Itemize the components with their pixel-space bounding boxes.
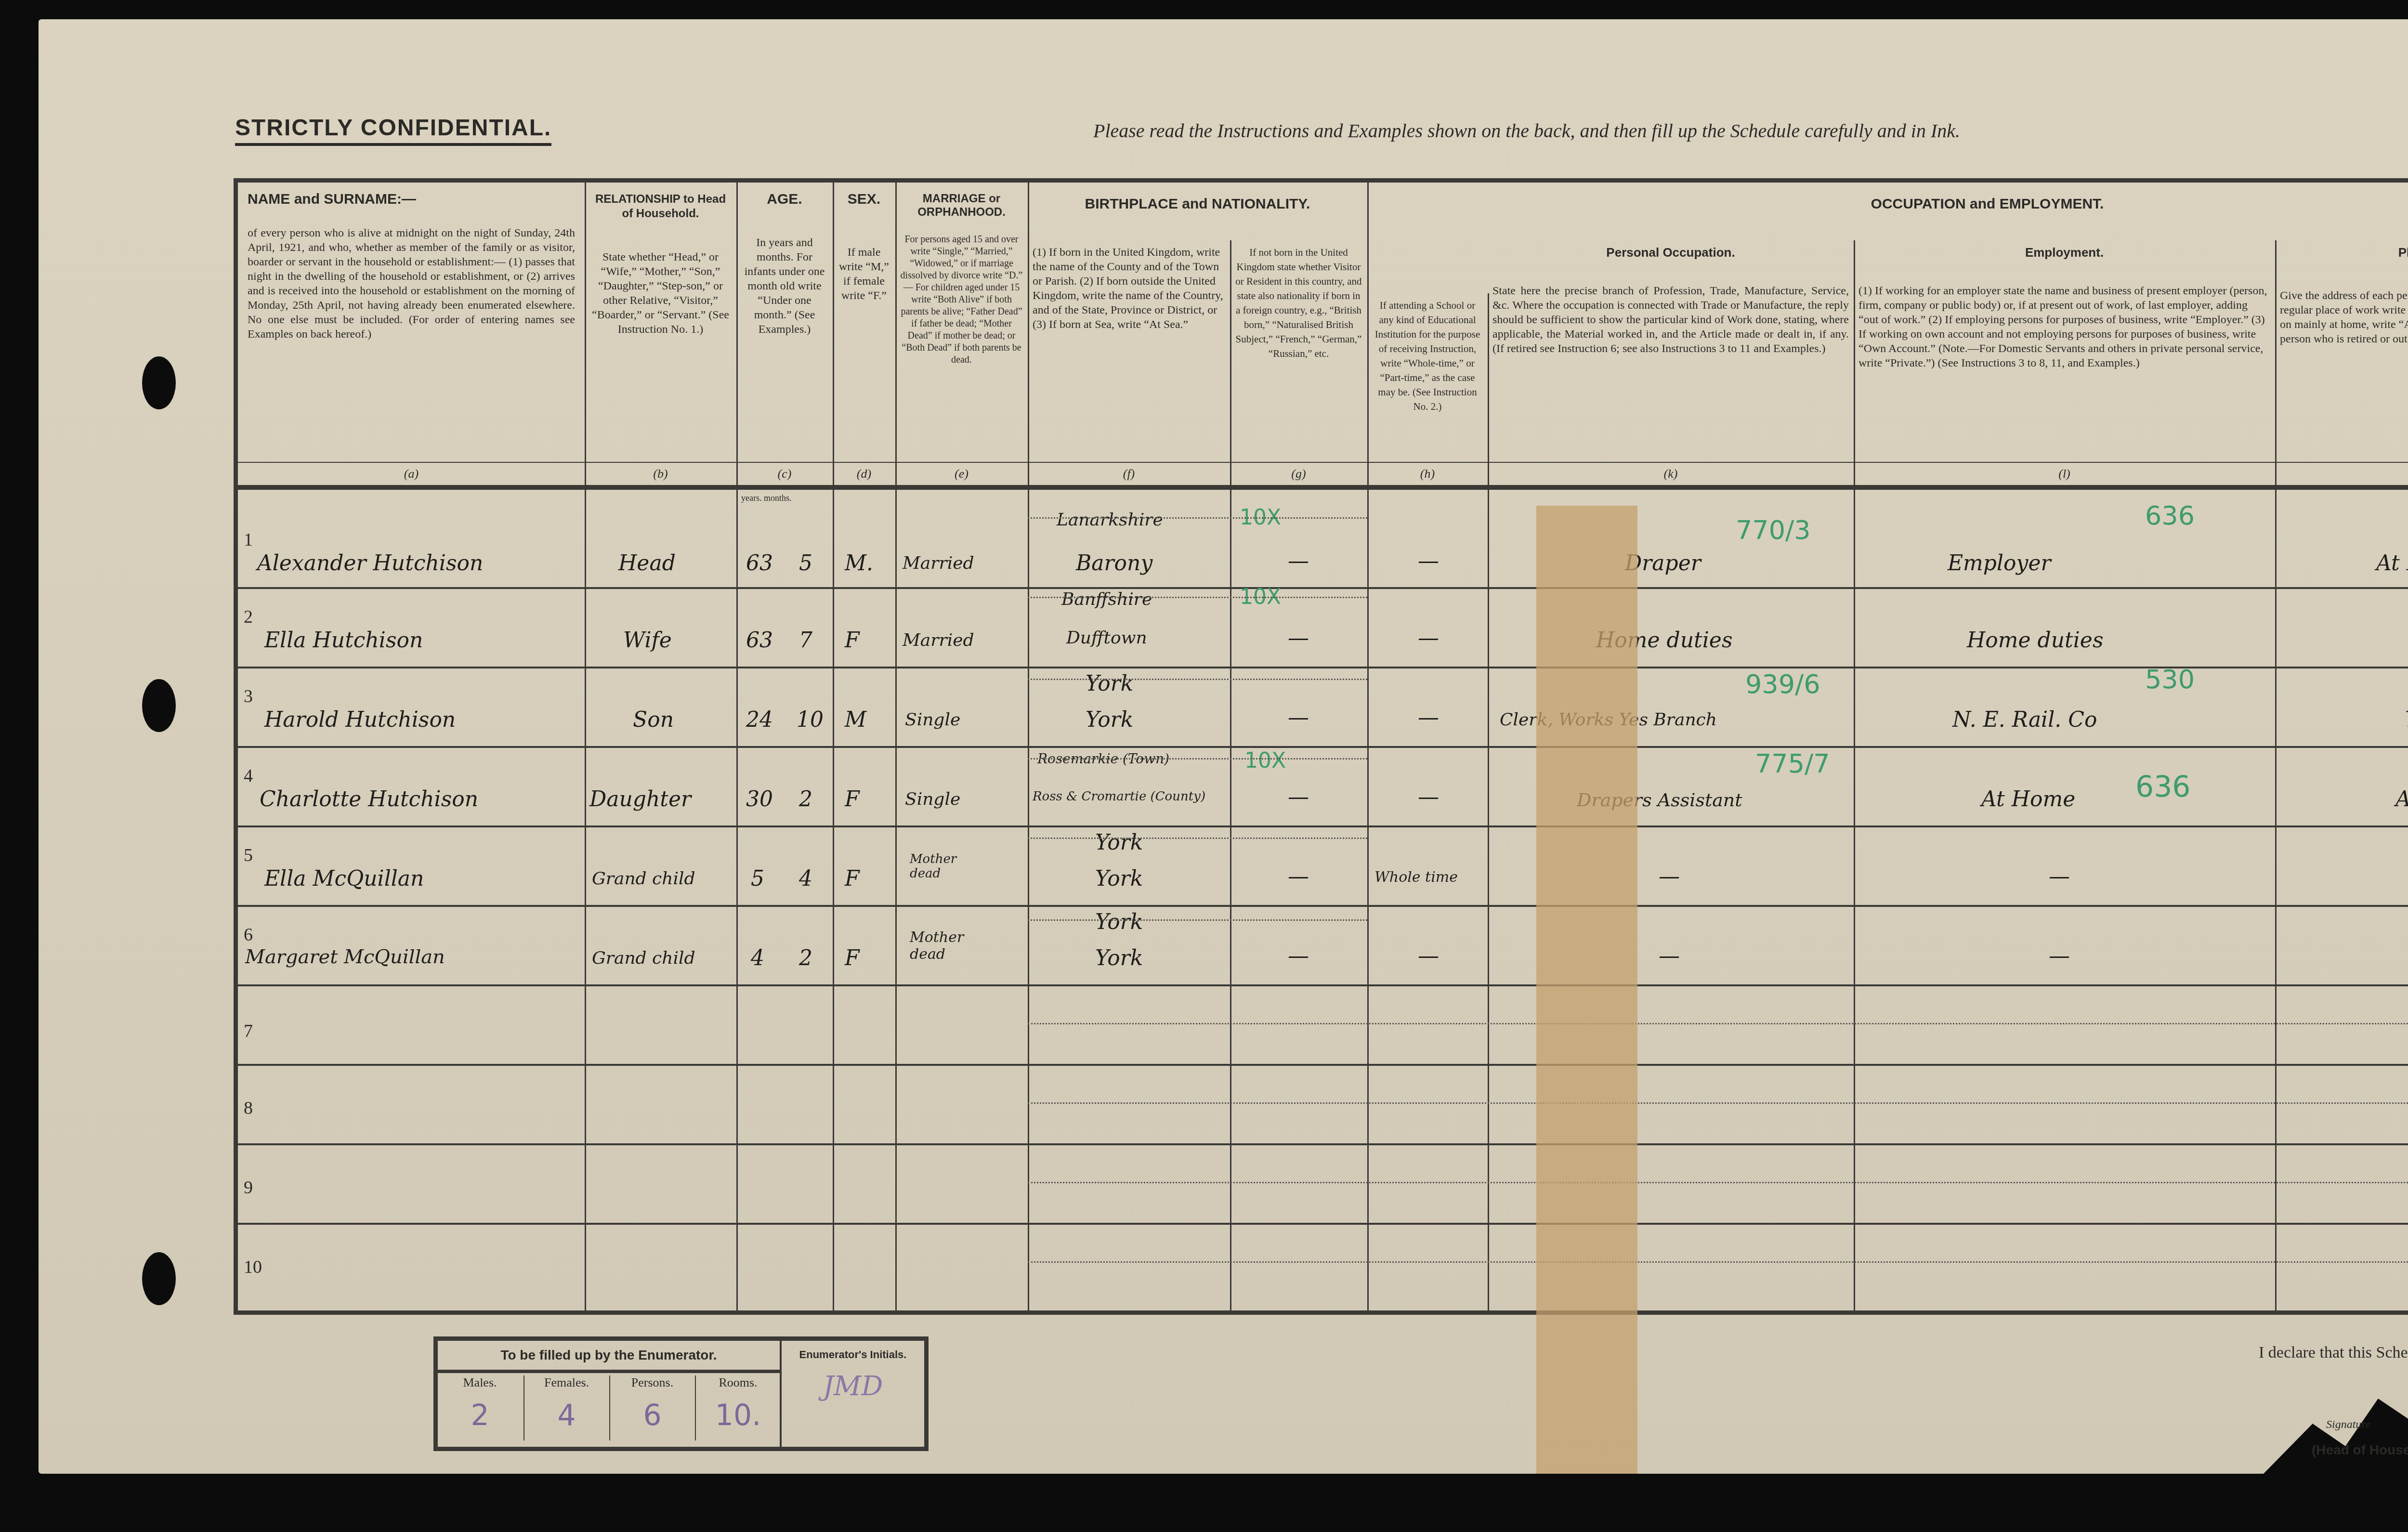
- punch-hole: [142, 679, 176, 732]
- dotted-rule: [1028, 919, 1367, 921]
- dotted-rule: [1028, 1182, 2408, 1183]
- relationship: Son: [633, 707, 674, 732]
- marriage: Mother dead: [910, 852, 968, 881]
- place-of-work: At Home.: [2395, 787, 2408, 812]
- header-name: NAME and SURNAME:— of every person who i…: [243, 192, 580, 341]
- marriage: Single: [905, 789, 960, 809]
- header-birthplace: BIRTHPLACE and NATIONALITY.: [1028, 197, 1367, 211]
- row-line: [238, 825, 2408, 827]
- dotted-rule: [1028, 679, 1367, 680]
- age-years: 24: [746, 707, 773, 732]
- sex: F: [845, 628, 860, 653]
- row-line: [238, 1223, 2408, 1225]
- birth-county: Banffshire: [1061, 589, 1152, 609]
- header-separator: [238, 485, 2408, 490]
- row-line: [238, 667, 2408, 668]
- marriage: Married: [903, 553, 974, 573]
- birth-town: Barony: [1076, 551, 1152, 576]
- person-name: Harold Hutchison: [264, 707, 456, 732]
- age-years: 63: [746, 551, 773, 576]
- relationship: Grand child: [592, 948, 695, 968]
- marriage: Mother dead: [910, 929, 968, 963]
- age-months: 2: [799, 946, 812, 970]
- header-age: AGE. In years and months. For infants un…: [736, 192, 833, 337]
- dotted-rule: [1028, 1023, 2408, 1024]
- letter-d: (d): [833, 467, 895, 481]
- letter-b: (b): [585, 467, 736, 481]
- place-of-work: York: [2405, 707, 2408, 732]
- letter-m: (m): [2275, 467, 2408, 481]
- occupation-code: 939/6: [1745, 669, 1820, 699]
- education: —: [1418, 785, 1439, 809]
- header-place-of-work: Place of Work. Give the address of each …: [2275, 245, 2408, 346]
- letter-l: (l): [1854, 467, 2275, 481]
- employment-code: 636: [2145, 500, 2195, 531]
- sex: F: [845, 946, 860, 970]
- header-sex: SEX. If male write “M,” if female write …: [833, 192, 895, 303]
- occupation: —: [1659, 864, 1680, 889]
- row-line: [238, 905, 2408, 907]
- sex: M: [845, 707, 866, 732]
- age-months: 2: [799, 787, 812, 812]
- employment: At Home: [1981, 787, 2075, 812]
- signature-label: Signature: [2326, 1418, 2370, 1431]
- employment-code: 636: [2135, 770, 2191, 804]
- person-name: Alexander Hutchison: [257, 551, 483, 576]
- relationship: Grand child: [592, 869, 695, 889]
- punch-hole: [142, 1252, 176, 1305]
- letter-f: (f): [1028, 467, 1230, 481]
- declaration-text: I declare that this Schedule is correctl…: [2259, 1344, 2408, 1362]
- employment-code: 530: [2145, 664, 2195, 694]
- person-name: Ella McQuillan: [264, 866, 424, 891]
- dotted-rule: [1028, 1261, 2408, 1263]
- letter-h: (h): [1367, 467, 1488, 481]
- persons-cell: Persons.6: [609, 1375, 694, 1440]
- birth-county: York: [1095, 830, 1143, 855]
- nationality: —: [1288, 864, 1309, 889]
- occupation-code: 775/7: [1755, 748, 1830, 779]
- nationality: —: [1288, 549, 1309, 573]
- col-divider: [1230, 240, 1231, 1310]
- summary-heading: To be filled up by the Enumerator.: [438, 1341, 780, 1373]
- letter-c: (c): [736, 467, 833, 481]
- person-name: Margaret McQuillan: [245, 946, 445, 968]
- punch-hole: [142, 356, 176, 409]
- age-years: 4: [751, 946, 764, 970]
- birth-county: Lanarkshire: [1057, 510, 1163, 530]
- birth-town: Dufftown: [1066, 628, 1147, 648]
- row-line: [238, 746, 2408, 748]
- col-divider: [2275, 240, 2277, 1310]
- employment: —: [2049, 943, 2070, 968]
- repair-tape-strip: [1536, 506, 1637, 1474]
- age-months: 7: [799, 628, 812, 653]
- header-personal-occupation: Personal Occupation. State here the prec…: [1488, 245, 1854, 356]
- sex: M.: [845, 551, 873, 576]
- education: —: [1418, 626, 1439, 650]
- education: —: [1418, 943, 1439, 968]
- relationship: Wife: [623, 628, 672, 653]
- header-employment: Employment. (1) If working for an employ…: [1854, 245, 2275, 370]
- males-cell: Males.2: [438, 1375, 522, 1440]
- employment: —: [2049, 864, 2070, 889]
- birth-code: 10X: [1244, 748, 1286, 773]
- rooms-cell: Rooms.10.: [695, 1375, 780, 1440]
- dotted-rule: [1028, 1102, 2408, 1104]
- birth-county: York: [1086, 671, 1133, 696]
- marriage: Married: [903, 630, 974, 650]
- birth-town: York: [1095, 946, 1143, 970]
- dotted-rule: [1028, 758, 1367, 759]
- nationality: —: [1288, 626, 1309, 650]
- enumerator-initials: Enumerator's Initials. JMD: [780, 1341, 924, 1447]
- signature-subtitle: (Head of Household, Manager of Establish…: [2312, 1442, 2408, 1458]
- employment: Home duties: [1967, 628, 2104, 653]
- letter-g: (g): [1230, 467, 1367, 481]
- row-line: [238, 1064, 2408, 1066]
- letter-separator: [238, 462, 2408, 463]
- age-months: 5: [799, 551, 812, 576]
- fill-instruction: Please read the Instructions and Example…: [1093, 119, 1960, 142]
- age-years: 63: [746, 628, 773, 653]
- relationship: Head: [618, 551, 676, 576]
- place-of-work: At Home: [2376, 551, 2408, 576]
- header-relationship: RELATIONSHIP to Head of Household. State…: [585, 192, 736, 337]
- letter-e: (e): [895, 467, 1028, 481]
- birth-town: York: [1095, 866, 1143, 891]
- col-divider: [1488, 293, 1489, 1310]
- age-subheader: years. months.: [741, 493, 791, 503]
- age-months: 10: [797, 707, 824, 732]
- birth-county: York: [1095, 910, 1143, 934]
- header-marriage: MARRIAGE or ORPHANHOOD. For persons aged…: [895, 192, 1028, 366]
- education: —: [1418, 705, 1439, 730]
- employment: N. E. Rail. Co: [1952, 707, 2097, 732]
- dotted-rule: [1028, 597, 1367, 598]
- nationality: —: [1288, 785, 1309, 809]
- col-divider: [1854, 240, 1855, 1310]
- header-birthplace-uk: (1) If born in the United Kingdom, write…: [1028, 245, 1230, 332]
- dotted-rule: [1028, 838, 1367, 839]
- row-line: [238, 1143, 2408, 1145]
- person-name: Ella Hutchison: [264, 628, 423, 653]
- enumerator-summary-box: To be filled up by the Enumerator. Males…: [433, 1336, 929, 1451]
- nationality: —: [1288, 705, 1309, 730]
- row-line: [238, 984, 2408, 986]
- letter-a: (a): [238, 467, 585, 481]
- header-occupation: OCCUPATION and EMPLOYMENT.: [1367, 197, 2408, 211]
- education: —: [1418, 549, 1439, 573]
- dotted-rule: [1028, 517, 1367, 519]
- females-cell: Females.4: [523, 1375, 609, 1440]
- row-line: [238, 587, 2408, 589]
- header-nationality: If not born in the United Kingdom state …: [1230, 245, 1367, 361]
- age-months: 4: [799, 866, 812, 891]
- census-table: NAME and SURNAME:— of every person who i…: [234, 178, 2408, 1315]
- confidential-title: STRICTLY CONFIDENTIAL.: [235, 115, 551, 146]
- header-education: If attending a School or any kind of Edu…: [1367, 298, 1488, 414]
- sex: F: [845, 866, 860, 891]
- nationality: —: [1288, 943, 1309, 968]
- marriage: Single: [905, 710, 960, 730]
- letter-k: (k): [1488, 467, 1854, 481]
- birth-town: Ross & Cromartie (County): [1033, 789, 1205, 804]
- education: Whole time: [1374, 869, 1458, 886]
- occupation: —: [1659, 943, 1680, 968]
- employment: Employer: [1948, 551, 2051, 576]
- sex: F: [845, 787, 860, 812]
- occupation-code: 770/3: [1736, 515, 1811, 545]
- birth-town: York: [1086, 707, 1133, 732]
- age-years: 30: [746, 787, 773, 812]
- age-years: 5: [751, 866, 764, 891]
- relationship: Daughter: [589, 787, 691, 812]
- person-name: Charlotte Hutchison: [260, 787, 478, 812]
